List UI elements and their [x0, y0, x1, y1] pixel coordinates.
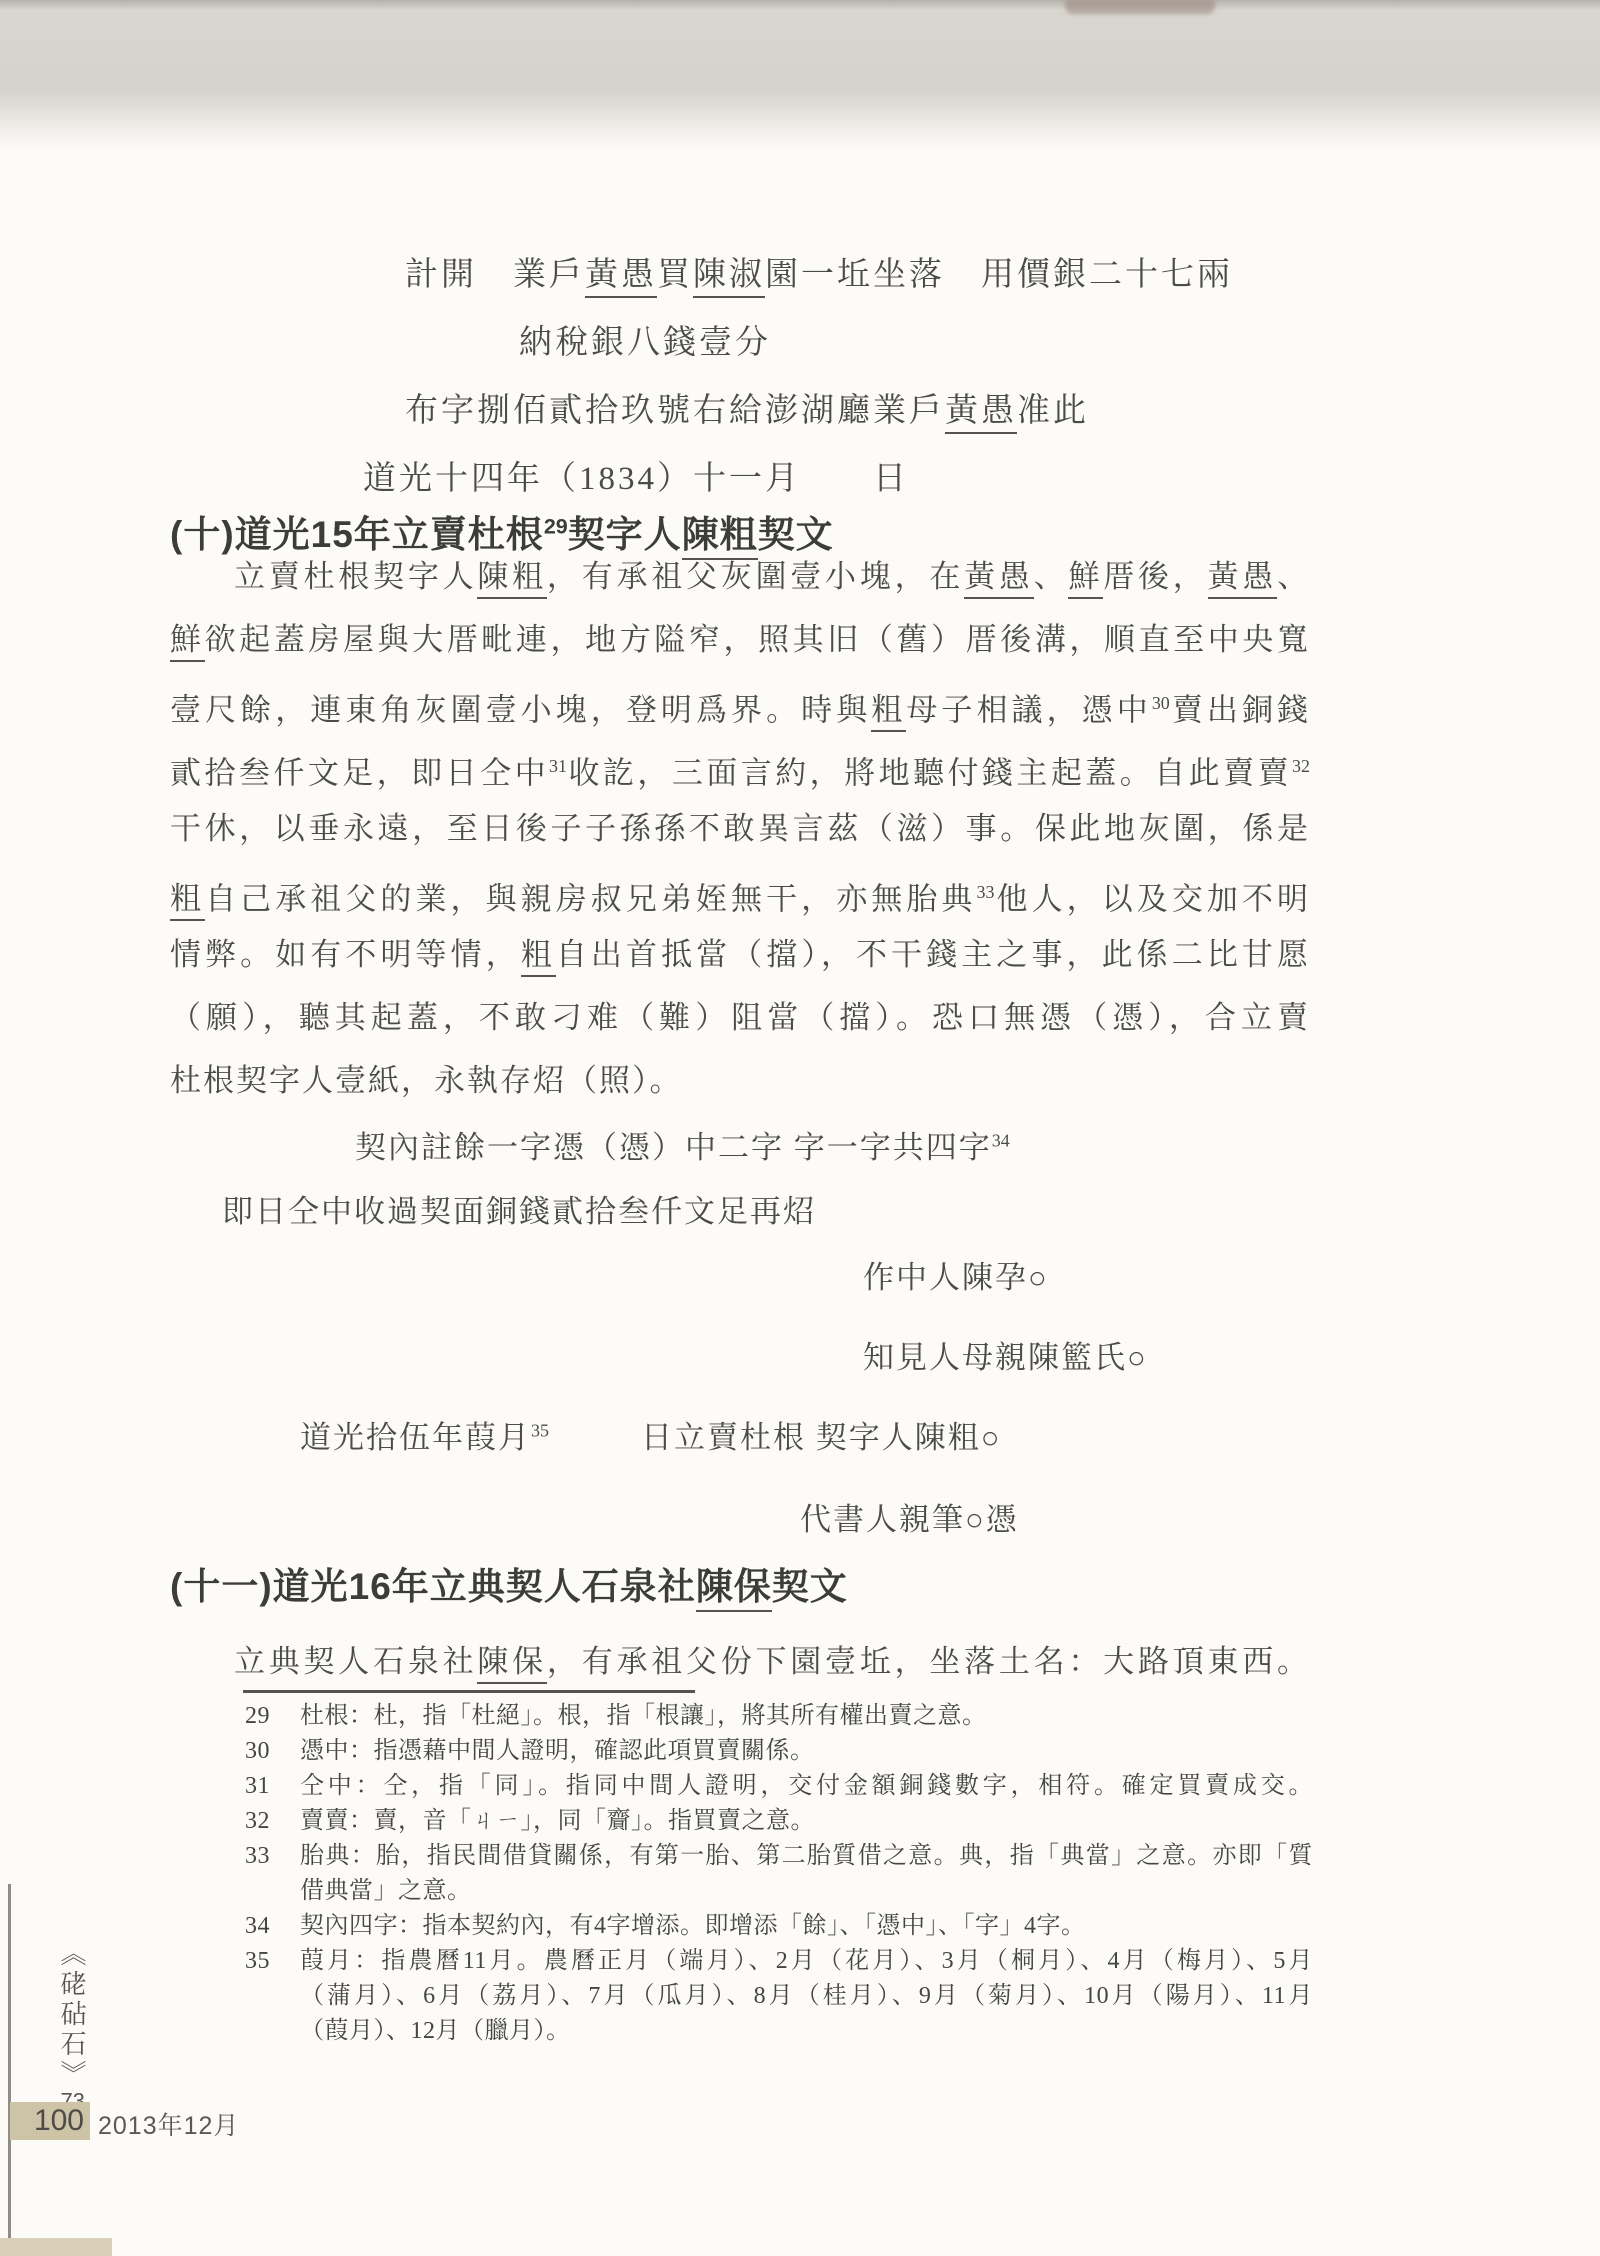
- contract-text-line: 鮮欲起蓋房屋與大厝毗連，地方隘窄，照其旧（舊）厝後溝，順直至中央寬: [170, 619, 1310, 661]
- footnote-number: 32: [245, 1804, 300, 1839]
- footnote-number: 33: [245, 1839, 300, 1909]
- scan-smudge-mark: [1065, 0, 1215, 14]
- contract-date: 道光拾伍年葭月35: [300, 1420, 549, 1455]
- date-line-1834: 道光十四年（1834）十一月 日: [363, 452, 909, 499]
- footnote-text: 契內四字：指本契約內，有4字增添。即增添「餘」、「憑中」、「字」4字。: [300, 1909, 1313, 1944]
- footnote-text: 杜根：杜，指「杜絕」。根，指「根讓」，將其所有權出賣之意。: [300, 1699, 1313, 1734]
- page-number-badge: 100: [10, 2102, 90, 2140]
- contract-text-line: 情弊。如有不明等情，粗自出首抵當（擋），不干錢主之事，此係二比甘愿: [170, 934, 1310, 976]
- signature-witness: 知見人母親陳籃氏○: [863, 1332, 1148, 1377]
- section-10-heading: (十)道光15年立賣杜根29契字人陳粗契文: [170, 504, 834, 558]
- footnote-text: 胎典：胎，指民間借貸關係，有第一胎、第二胎質借之意。典，指「典當」之意。亦即「質: [300, 1839, 1313, 1874]
- scan-bottom-edge: [0, 2238, 112, 2256]
- footnote-text: 葭月：指農曆11月。農曆正月（端月）、2月（花月）、3月（桐月）、4月（梅月）、…: [300, 1944, 1313, 1979]
- footnote-32: 32 賣賣：賣，音「ㄐㄧ」，同「齎」。指買賣之意。: [245, 1804, 1313, 1839]
- registration-line: 計開 業戶黃愚買陳淑園一坵坐落 用價銀二十七兩: [405, 248, 1233, 295]
- footnotes-block: 29 杜根：杜，指「杜絕」。根，指「根讓」，將其所有權出賣之意。 30 憑中：指…: [245, 1699, 1313, 2049]
- journal-title: 《硓砧石》: [57, 1940, 87, 2090]
- footnote-number: 31: [245, 1769, 300, 1804]
- payment-receipt-line: 即日仝中收過契面銅錢貳拾叁仟文足再炤: [222, 1186, 816, 1231]
- footnote-31: 31 仝中：仝，指「同」。指同中間人證明，交付金額銅錢數字，相符。確定買賣成交。: [245, 1769, 1313, 1804]
- contract-text-line: （願），聽其起蓋，不敢刁难（難）阻當（擋）。恐口無憑（憑），合立賣: [170, 997, 1310, 1039]
- footnote-text: （葭月）、12月（臘月）。: [300, 2014, 1313, 2049]
- contract-annotation-line: 契內註餘一字憑（憑）中二字 字一字共四字34: [355, 1122, 1010, 1167]
- footnote-33: 33 胎典：胎，指民間借貸關係，有第一胎、第二胎質借之意。典，指「典當」之意。亦…: [245, 1839, 1313, 1909]
- publication-date: 2013年12月: [98, 2106, 239, 2142]
- contract-date-line: 道光拾伍年葭月35日立賣杜根 契字人陳粗○: [300, 1412, 1001, 1457]
- signature-scribe: 代書人親筆○憑: [800, 1494, 1019, 1539]
- contract-text-line: 干休，以垂永遠，至日後子子孫孫不敢異言茲（滋）事。保此地灰圍，係是: [170, 808, 1310, 850]
- footnote-text: 借典當」之意。: [300, 1874, 1313, 1909]
- footnote-number: 30: [245, 1734, 300, 1769]
- footnote-34: 34 契內四字：指本契約內，有4字增添。即增添「餘」、「憑中」、「字」4字。: [245, 1909, 1313, 1944]
- contract-text-line: 貳拾叁仟文足，即日仝中31收訖，三面言約，將地聽付錢主起蓋。自此賣賣32: [170, 745, 1310, 794]
- footnote-separator-rule: [243, 1690, 695, 1693]
- contract-text-line: 杜根契字人壹紙，永執存炤（照）。: [170, 1060, 1310, 1102]
- footnote-number: 34: [245, 1909, 300, 1944]
- scanned-document-page: 計開 業戶黃愚買陳淑園一坵坐落 用價銀二十七兩 納稅銀八錢壹分 布字捌佰貳拾玖號…: [0, 0, 1600, 2256]
- section-11-heading: (十一)道光16年立典契人石泉社陳保契文: [170, 1556, 848, 1610]
- footnote-30: 30 憑中：指憑藉中間人證明，確認此項買賣關係。: [245, 1734, 1313, 1769]
- scan-left-edge-line: [8, 1884, 11, 2256]
- certificate-number-line: 布字捌佰貳拾玖號右給澎湖廳業戶黃愚准此: [405, 384, 1089, 431]
- contract-text-line: 立賣杜根契字人陳粗，有承祖父灰圍壹小塊，在黃愚、鮮厝後，黃愚、: [170, 556, 1310, 598]
- journal-title-vertical: 《硓砧石》73期: [54, 1940, 91, 2200]
- footnote-text: 賣賣：賣，音「ㄐㄧ」，同「齎」。指買賣之意。: [300, 1804, 1313, 1839]
- signature-seller: 日立賣杜根 契字人陳粗○: [641, 1420, 1001, 1455]
- section-11-paragraph: 立典契人石泉社陳保，有承祖父份下園壹坵，坐落土名：大路頂東西。: [170, 1641, 1310, 1683]
- contract-text-line: 粗自己承祖父的業，與親房叔兄弟姪無干，亦無胎典33他人，以及交加不明: [170, 871, 1310, 920]
- footnote-29: 29 杜根：杜，指「杜絕」。根，指「根讓」，將其所有權出賣之意。: [245, 1699, 1313, 1734]
- scan-top-edge-shading: [0, 0, 1600, 150]
- tax-line: 納稅銀八錢壹分: [519, 316, 771, 363]
- footnote-text: （蒲月）、6月（荔月）、7月（瓜月）、8月（桂月）、9月（菊月）、10月（陽月）…: [300, 1979, 1313, 2014]
- footnote-number: 35: [245, 1944, 300, 2049]
- signature-middleman: 作中人陳孕○: [863, 1252, 1049, 1297]
- footnote-text: 憑中：指憑藉中間人證明，確認此項買賣關係。: [300, 1734, 1313, 1769]
- footnote-35: 35 葭月：指農曆11月。農曆正月（端月）、2月（花月）、3月（桐月）、4月（梅…: [245, 1944, 1313, 2049]
- contract-text-line: 壹尺餘，連東角灰圍壹小塊，登明爲界。時與粗母子相議，憑中30賣出銅錢: [170, 682, 1310, 731]
- footnote-text: 仝中：仝，指「同」。指同中間人證明，交付金額銅錢數字，相符。確定買賣成交。: [300, 1769, 1313, 1804]
- footnote-number: 29: [245, 1699, 300, 1734]
